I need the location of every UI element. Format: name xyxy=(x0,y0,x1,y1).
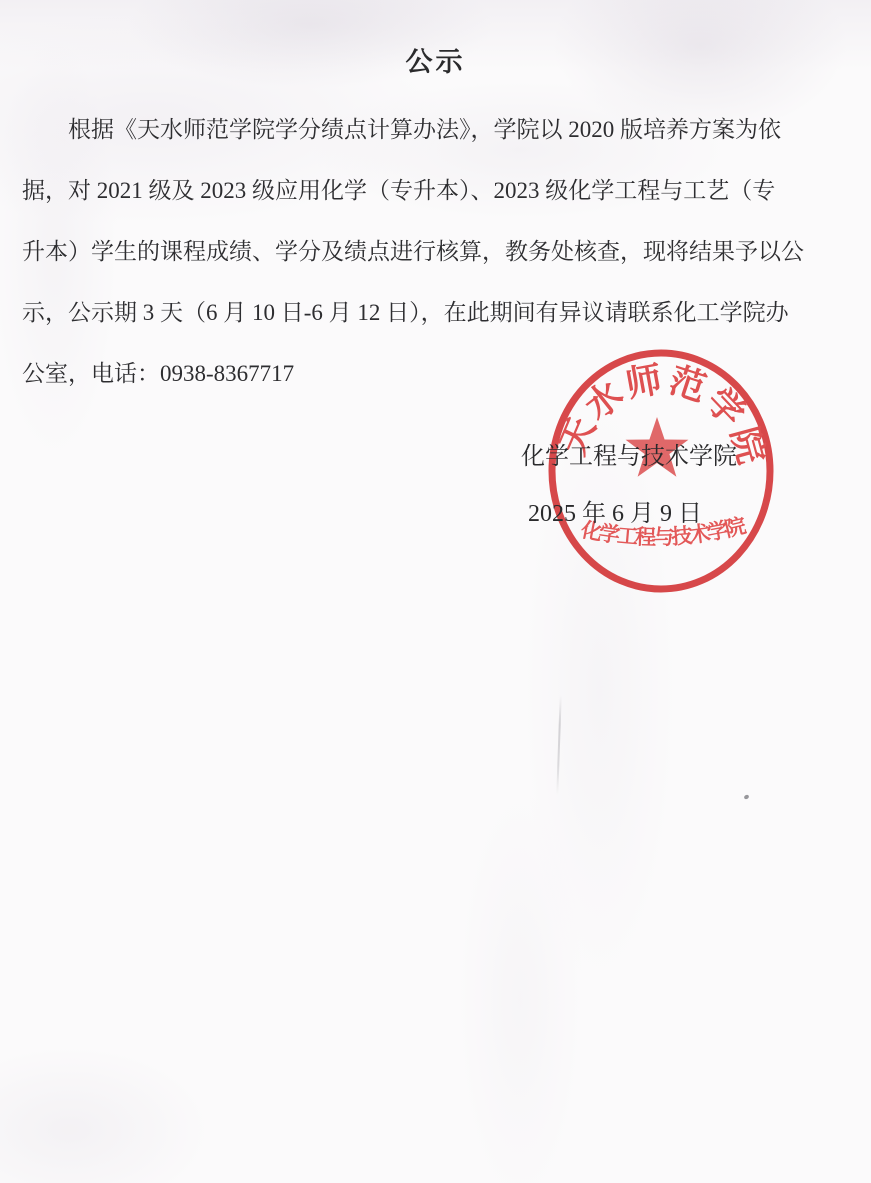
dust-speck xyxy=(743,794,749,800)
paper-crease xyxy=(556,695,561,795)
body-line-1: 根据《天水师范学院学分绩点计算办法》，学院以 2020 版培养方案为依 xyxy=(22,99,858,160)
notice-body: 根据《天水师范学院学分绩点计算办法》，学院以 2020 版培养方案为依 据，对 … xyxy=(22,99,858,404)
body-line-4: 示，公示期 3 天（6 月 10 日-6 月 12 日），在此期间有异议请联系化… xyxy=(22,282,858,343)
page-title: 公示 xyxy=(0,40,871,79)
body-line-3: 升本）学生的课程成绩、学分及绩点进行核算，教务处核查，现将结果予以公 xyxy=(22,221,858,282)
body-line-2: 据，对 2021 级及 2023 级应用化学（专升本）、2023 级化学工程与工… xyxy=(22,160,858,221)
scanned-notice-page: 公示 根据《天水师范学院学分绩点计算办法》，学院以 2020 版培养方案为依 据… xyxy=(0,0,871,1183)
body-line-5: 公室，电话：0938-8367717 xyxy=(22,343,858,404)
signature-department: 化学工程与技术学院 xyxy=(521,436,737,471)
signature-date: 2025 年 6 月 9 日 xyxy=(528,493,702,528)
